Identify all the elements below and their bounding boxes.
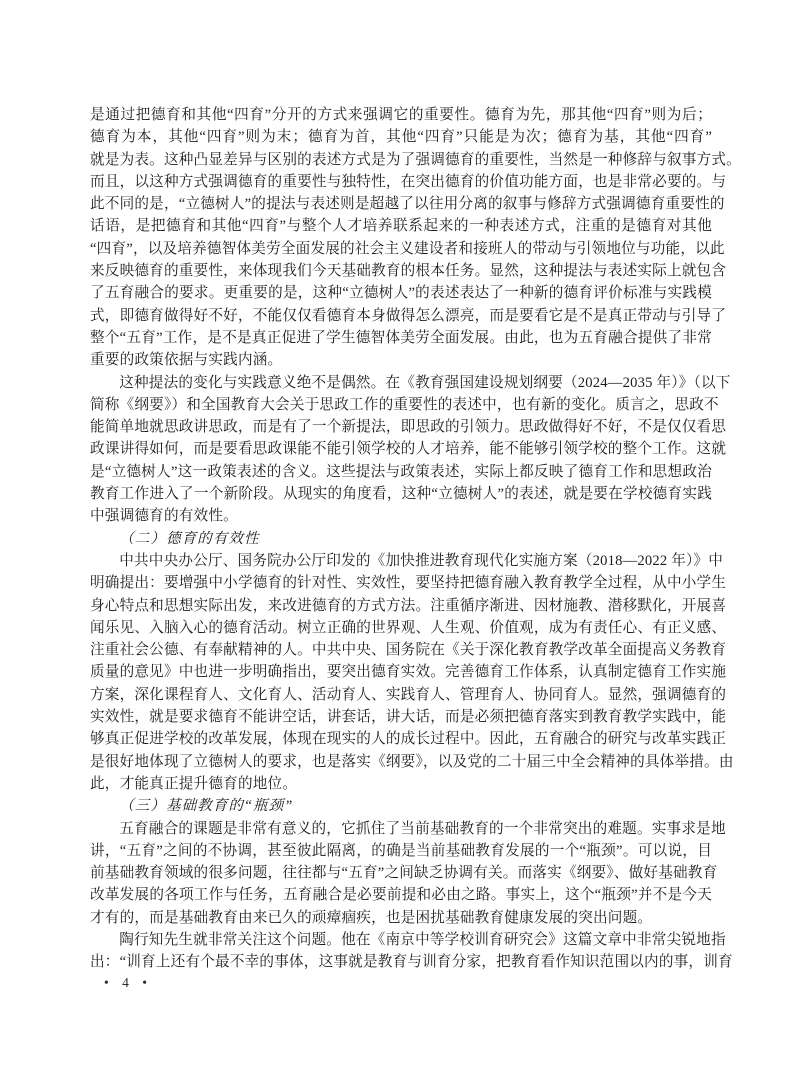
text-line: 重要的政策依据与实践内涵。 [90, 349, 712, 371]
text-line: 政课讲得如何，而是要看思政课能不能引领学校的人才培养，能不能够引领学校的整个工作… [90, 438, 712, 460]
text-line: 德育为本，其他“四育”则为末；德育为首，其他“四育”只能是为次；德育为基，其他“… [90, 126, 712, 148]
text-line: 是很好地体现了立德树人的要求，也是落实《纲要》，以及党的二十届三中全会精神的具体… [90, 751, 712, 773]
text-line: 教育工作进入了一个新阶段。从现实的角度看，这种“立德树人”的表述，就是要在学校德… [90, 483, 712, 505]
document-page: 是通过把德育和其他“四育”分开的方式来强调它的重要性。德育为先，那其他“四育”则… [0, 0, 800, 1077]
text-line: 陶行知先生就非常关注这个问题。他在《南京中等学校训育研究会》这篇文章中非常尖锐地… [90, 929, 712, 951]
text-line: 中共中央办公厅、国务院办公厅印发的《加快推进教育现代化实施方案（2018—202… [90, 550, 712, 572]
text-line: 注重社会公德、有奉献精神的人。中共中央、国务院在《关于深化教育教学改革全面提高义… [90, 639, 712, 661]
text-line: 了五育融合的要求。更重要的是，这种“立德树人”的表述表达了一种新的德育评价标准与… [90, 282, 712, 304]
text-line: 质量的意见》中也进一步明确指出，要突出德育实效。完善德育工作体系，认真制定德育工… [90, 661, 712, 683]
text-line: 讲，“五育”之间的不协调，甚至彼此隔离，的确是当前基础教育发展的一个“瓶颈”。可… [90, 840, 712, 862]
section-heading: （三）基础教育的“瓶颈” [90, 795, 712, 817]
text-line: 是“立德树人”这一政策表述的含义。这些提法与政策表述，实际上都反映了德育工作和思… [90, 461, 712, 483]
text-line: 改革发展的各项工作与任务，五育融合是必要前提和必由之路。事实上，这个“瓶颈”并不… [90, 884, 712, 906]
text-line: 简称《纲要》）和全国教育大会关于思政工作的重要性的表述中，也有新的变化。质言之，… [90, 394, 712, 416]
text-line: 出：“训育上还有个最不幸的事体，这事就是教育与训育分家，把教育看作知识范围以内的… [90, 951, 712, 973]
text-line: “四育”，以及培养德智体美劳全面发展的社会主义建设者和接班人的带动与引领地位与功… [90, 238, 712, 260]
text-line: 方案，深化课程育人、文化育人、活动育人、实践育人、管理育人、协同育人。显然，强调… [90, 684, 712, 706]
text-line: 中强调德育的有效性。 [90, 505, 712, 527]
text-line: 前基础教育领域的很多问题，往往都与“五育”之间缺乏协调有关。而落实《纲要》、做好… [90, 862, 712, 884]
text-line: 式，即德育做得好不好，不能仅仅看德育本身做得怎么漂亮，而是要看它是不是真正带动与… [90, 305, 712, 327]
text-line: 明确提出：要增强中小学德育的针对性、实效性，要坚持把德育融入教育教学全过程，从中… [90, 572, 712, 594]
page-number: • 4 • [104, 975, 152, 991]
text-line: 实效性，就是要求德育不能讲空话，讲套话，讲大话，而是必须把德育落实到教育教学实践… [90, 706, 712, 728]
text-line: 而且，以这种方式强调德育的重要性与独特性，在突出德育的价值功能方面，也是非常必要… [90, 171, 712, 193]
text-line: 这种提法的变化与实践意义绝不是偶然。在《教育强国建设规划纲要（2024—2035… [90, 372, 712, 394]
text-line: 才有的，而是基础教育由来已久的顽瘴痼疾，也是困扰基础教育健康发展的突出问题。 [90, 907, 712, 929]
section-heading: （二）德育的有效性 [90, 528, 712, 550]
text-line: 是通过把德育和其他“四育”分开的方式来强调它的重要性。德育为先，那其他“四育”则… [90, 104, 712, 126]
text-line: 话语，是把德育和其他“四育”与整个人才培养联系起来的一种表述方式，注重的是德育对… [90, 215, 712, 237]
text-line: 整个“五育”工作，是不是真正促进了学生德智体美劳全面发展。由此，也为五育融合提供… [90, 327, 712, 349]
text-line: 就是为表。这种凸显差异与区别的表述方式是为了强调德育的重要性，当然是一种修辞与叙… [90, 149, 712, 171]
text-line: 闻乐见、入脑入心的德育活动。树立正确的世界观、人生观、价值观，成为有责任心、有正… [90, 617, 712, 639]
text-line: 五育融合的课题是非常有意义的，它抓住了当前基础教育的一个非常突出的难题。实事求是… [90, 818, 712, 840]
text-line: 够真正促进学校的改革发展，体现在现实的人的成长过程中。因此，五育融合的研究与改革… [90, 728, 712, 750]
text-line: 此，才能真正提升德育的地位。 [90, 773, 712, 795]
text-line: 来反映德育的重要性，来体现我们今天基础教育的根本任务。显然，这种提法与表述实际上… [90, 260, 712, 282]
text-line: 身心特点和思想实际出发，来改进德育的方式方法。注重循序渐进、因材施教、潜移默化，… [90, 595, 712, 617]
text-line: 能简单地就思政讲思政，而是有了一个新提法，即思政的引领力。思政做得好不好，不是仅… [90, 416, 712, 438]
page-text-block: 是通过把德育和其他“四育”分开的方式来强调它的重要性。德育为先，那其他“四育”则… [90, 104, 712, 974]
text-line: 此不同的是，“立德树人”的提法与表述则是超越了以往用分离的叙事与修辞方式强调德育… [90, 193, 712, 215]
